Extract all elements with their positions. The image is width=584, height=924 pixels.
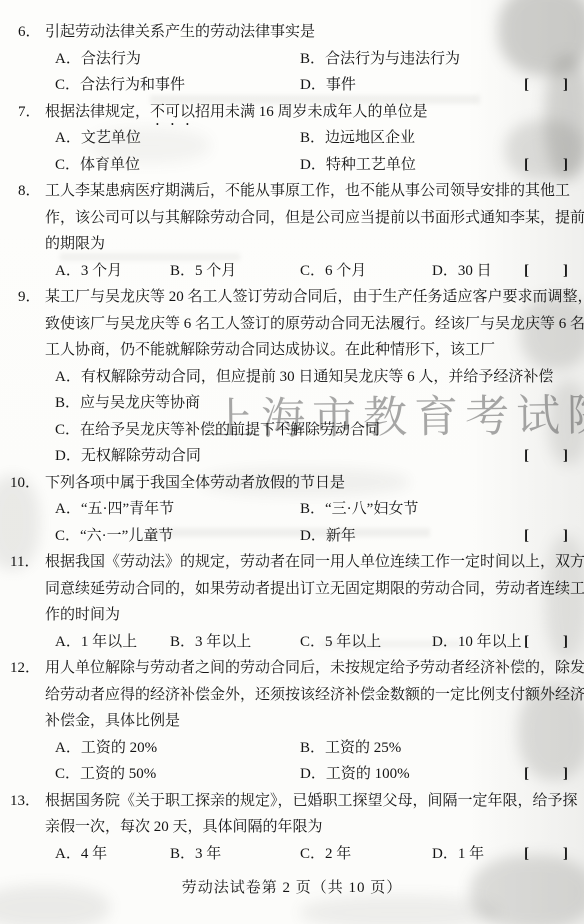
question-stem-line: 致使该厂与吴龙庆等 6 名工人签订的原劳动合同无法履行。经该厂与吴龙庆等 6 名 [45,311,570,338]
option-item: B．边远地区企业 [300,125,570,152]
bracket-close: ] [563,263,568,279]
bracket-open: [ [524,157,529,173]
option-row: A．3 个月B．5 个月C．6 个月D．30 日[] [55,258,570,285]
question-stem-line: 给劳动者应得的经济补偿金外，还须按该经济补偿金数额的一定比例支付额外经济 [45,682,570,709]
stem-text: 根据法律规定， [45,104,150,120]
question-number: 8． [18,178,41,205]
question-stem-line: 用人单位解除与劳动者之间的劳动合同后，未按规定给予劳动者经济补偿的，除发 [45,655,570,682]
option-row: C．合法行为和事件D．事件[] [55,72,570,99]
question-block: 11．根据我国《劳动法》的规定，劳动者在同一用人单位连续工作一定时间以上，双方同… [0,549,584,655]
question-stem-line: 工人协商，仍不能就解除劳动合同达成协议。在此种情形下，该工厂 [45,337,570,364]
option-row: B．应与吴龙庆等协商 [55,390,570,417]
option-row: A．工资的 20%B．工资的 25% [55,735,570,762]
option-row: A．4 年B．3 年C．2 年D．1 年[] [55,841,570,868]
option-item: C．体育单位 [55,152,300,179]
question-number: 13． [10,788,40,815]
bracket-close: ] [563,528,568,544]
option-item: B．3 年 [170,841,300,868]
bracket-open: [ [524,263,529,279]
option-item: A．合法行为 [55,46,300,73]
question-block: 10．下列各项中属于我国全体劳动者放假的节日是A．“五·四”青年节B．“三·八”… [0,470,584,550]
option-item: B．5 个月 [170,258,300,285]
question-number: 9． [18,284,41,311]
answer-bracket: [] [524,523,568,550]
question-stem-line: 根据国务院《关于职工探亲的规定》，已婚职工探望父母，间隔一定年限，给予探 [45,788,570,815]
stem-emphasized-text: 不可以 [150,104,195,120]
bracket-open: [ [524,766,529,782]
option-row: A．文艺单位B．边远地区企业 [55,125,570,152]
option-item: A．“五·四”青年节 [55,496,300,523]
question-list: 6．引起劳动法律关系产生的劳动法律事实是A．合法行为B．合法行为与违法行为C．合… [0,19,584,867]
option-item: B．3 年以上 [170,629,300,656]
option-item: A．有权解除劳动合同，但应提前 30 日通知吴龙庆等 6 人，并给予经济补偿 [55,369,553,385]
page-footer: 劳动法试卷第 2 页（共 10 页） [0,876,584,897]
bracket-open: [ [524,846,529,862]
answer-bracket: [] [524,443,568,470]
option-row: C．在给予吴龙庆等补偿的前提下不解除劳动合同 [55,417,570,444]
option-item: D．无权解除劳动合同 [55,448,201,464]
bracket-open: [ [524,528,529,544]
question-block: 13．根据国务院《关于职工探亲的规定》，已婚职工探望父母，间隔一定年限，给予探亲… [0,788,584,868]
option-row: C．“六·一”儿童节D．新年[] [55,523,570,550]
option-item: A．4 年 [55,841,170,868]
option-row: C．体育单位D．特种工艺单位[] [55,152,570,179]
scan-noise [300,895,500,924]
option-item: C．6 个月 [300,258,432,285]
question-number: 12． [10,655,40,682]
question-block: 7．根据法律规定，不可以招用未满 16 周岁未成年人的单位是A．文艺单位B．边远… [0,99,584,179]
question-stem-line: 工人李某患病医疗期满后，不能从事原工作，也不能从事公司领导安排的其他工 [45,178,570,205]
question-block: 6．引起劳动法律关系产生的劳动法律事实是A．合法行为B．合法行为与违法行为C．合… [0,19,584,99]
exam-page: 上海市教育考试院 6．引起劳动法律关系产生的劳动法律事实是A．合法行为B．合法行… [0,0,584,924]
bracket-close: ] [563,766,568,782]
option-item: B．“三·八”妇女节 [300,496,570,523]
question-stem-line: 作，该公司可以与其解除劳动合同，但是公司应当提前以书面形式通知李某，提前 [45,205,570,232]
question-number: 10． [10,470,40,497]
bracket-close: ] [563,157,568,173]
answer-bracket: [] [524,72,568,99]
question-number: 6． [18,19,41,46]
question-stem-line: 引起劳动法律关系产生的劳动法律事实是 [45,19,570,46]
question-block: 8．工人李某患病医疗期满后，不能从事原工作，也不能从事公司领导安排的其他工作，该… [0,178,584,284]
answer-bracket: [] [524,761,568,788]
question-stem-line: 根据法律规定，不可以招用未满 16 周岁未成年人的单位是 [45,99,570,126]
question-stem-line: 下列各项中属于我国全体劳动者放假的节日是 [45,470,570,497]
bracket-open: [ [524,448,529,464]
answer-bracket: [] [524,841,568,868]
bracket-close: ] [563,634,568,650]
option-item: A．工资的 20% [55,735,300,762]
option-item: C．合法行为和事件 [55,72,300,99]
option-item: C．2 年 [300,841,432,868]
bracket-close: ] [563,448,568,464]
question-stem-line: 某工厂与吴龙庆等 20 名工人签订劳动合同后，由于生产任务适应客户要求而调整， [45,284,570,311]
option-item: B．合法行为与违法行为 [300,46,570,73]
option-row: C．工资的 50%D．工资的 100%[] [55,761,570,788]
question-stem-line: 根据我国《劳动法》的规定，劳动者在同一用人单位连续工作一定时间以上，双方 [45,549,570,576]
question-stem-line: 的期限为 [45,231,570,258]
stem-text: 招用未满 16 周岁未成年人的单位是 [195,104,428,120]
option-item: B．应与吴龙庆等协商 [55,395,200,411]
option-row: A．“五·四”青年节B．“三·八”妇女节 [55,496,570,523]
option-item: A．1 年以上 [55,629,170,656]
option-row: D．无权解除劳动合同[] [55,443,570,470]
question-number: 11． [10,549,39,576]
option-row: A．1 年以上B．3 年以上C．5 年以上D．10 年以上[] [55,629,570,656]
question-stem-line: 亲假一次，每次 20 天，具体间隔的年限为 [45,814,570,841]
option-item: C．工资的 50% [55,761,300,788]
answer-bracket: [] [524,629,568,656]
bracket-close: ] [563,846,568,862]
option-item: C．在给予吴龙庆等补偿的前提下不解除劳动合同 [55,422,380,438]
option-item: C．5 年以上 [300,629,432,656]
question-block: 12．用人单位解除与劳动者之间的劳动合同后，未按规定给予劳动者经济补偿的，除发给… [0,655,584,788]
option-item: C．“六·一”儿童节 [55,523,300,550]
option-item: B．工资的 25% [300,735,570,762]
option-row: A．合法行为B．合法行为与违法行为 [55,46,570,73]
answer-bracket: [] [524,152,568,179]
question-stem-line: 作的时间为 [45,602,570,629]
question-block: 9．某工厂与吴龙庆等 20 名工人签订劳动合同后，由于生产任务适应客户要求而调整… [0,284,584,470]
question-number: 7． [18,99,41,126]
question-stem-line: 同意续延劳动合同的，如果劳动者提出订立无固定期限的劳动合同，劳动者连续工 [45,576,570,603]
option-row: A．有权解除劳动合同，但应提前 30 日通知吴龙庆等 6 人，并给予经济补偿 [55,364,570,391]
option-item: A．3 个月 [55,258,170,285]
answer-bracket: [] [524,258,568,285]
bracket-open: [ [524,77,529,93]
option-item: A．文艺单位 [55,125,300,152]
bracket-close: ] [563,77,568,93]
bracket-open: [ [524,634,529,650]
question-stem-line: 补偿金，具体比例是 [45,708,570,735]
